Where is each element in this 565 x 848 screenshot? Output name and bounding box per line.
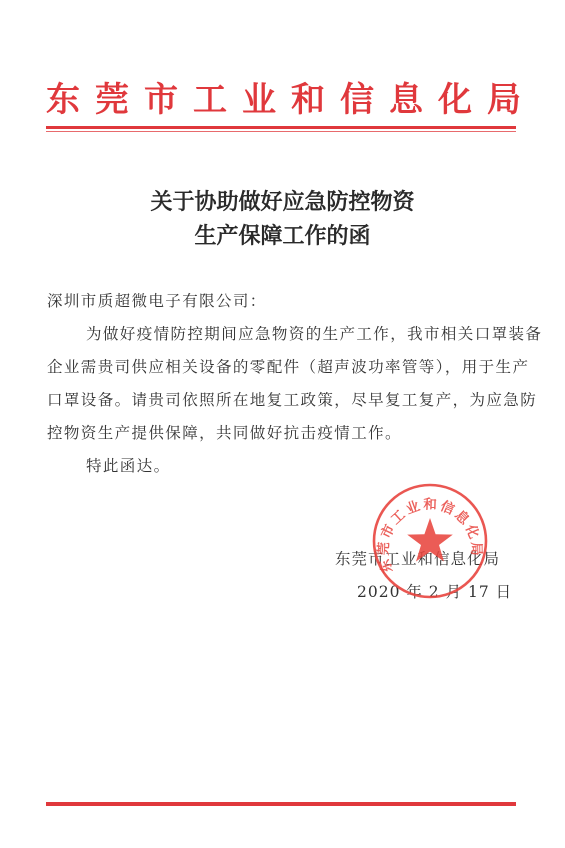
- body-line: 企业需贵司供应相关设备的零配件（超声波功率管等），用于生产: [47, 355, 529, 377]
- body-line: 口罩设备。请贵司依照所在地复工政策，尽早复工复产，为应急防: [47, 388, 537, 410]
- letterhead-char: 业: [242, 78, 276, 122]
- letterhead-char: 化: [438, 78, 472, 122]
- letterhead-char: 市: [144, 78, 178, 122]
- body-line: 为做好疫情防控期间应急物资的生产工作，我市相关口罩装备: [86, 322, 542, 344]
- document-title-line-1: 关于协助做好应急防控物资: [0, 185, 565, 216]
- letterhead-rule: [46, 126, 516, 129]
- body-line: 控物资生产提供保障，共同做好抗击疫情工作。: [47, 421, 402, 443]
- letterhead-rule-thin: [46, 131, 516, 132]
- letterhead-char: 莞: [95, 78, 129, 122]
- document-title-line-2: 生产保障工作的函: [0, 219, 565, 250]
- signature-date: 2020 年 2 月 17 日: [357, 580, 512, 602]
- letterhead-char: 工: [193, 78, 227, 122]
- letterhead-char: 局: [487, 78, 521, 122]
- letterhead-char: 东: [46, 78, 80, 122]
- signature-organization: 东莞市工业和信息化局: [335, 547, 500, 569]
- letterhead-char: 信: [340, 78, 374, 122]
- letterhead-char: 息: [389, 78, 423, 122]
- recipient: 深圳市质超微电子有限公司：: [47, 289, 267, 311]
- closing-remark: 特此函达。: [86, 454, 171, 476]
- letterhead-char: 和: [291, 78, 325, 122]
- letterhead-org-name: 东 莞 市 工 业 和 信 息 化 局: [46, 78, 521, 122]
- footer-rule: [46, 802, 516, 806]
